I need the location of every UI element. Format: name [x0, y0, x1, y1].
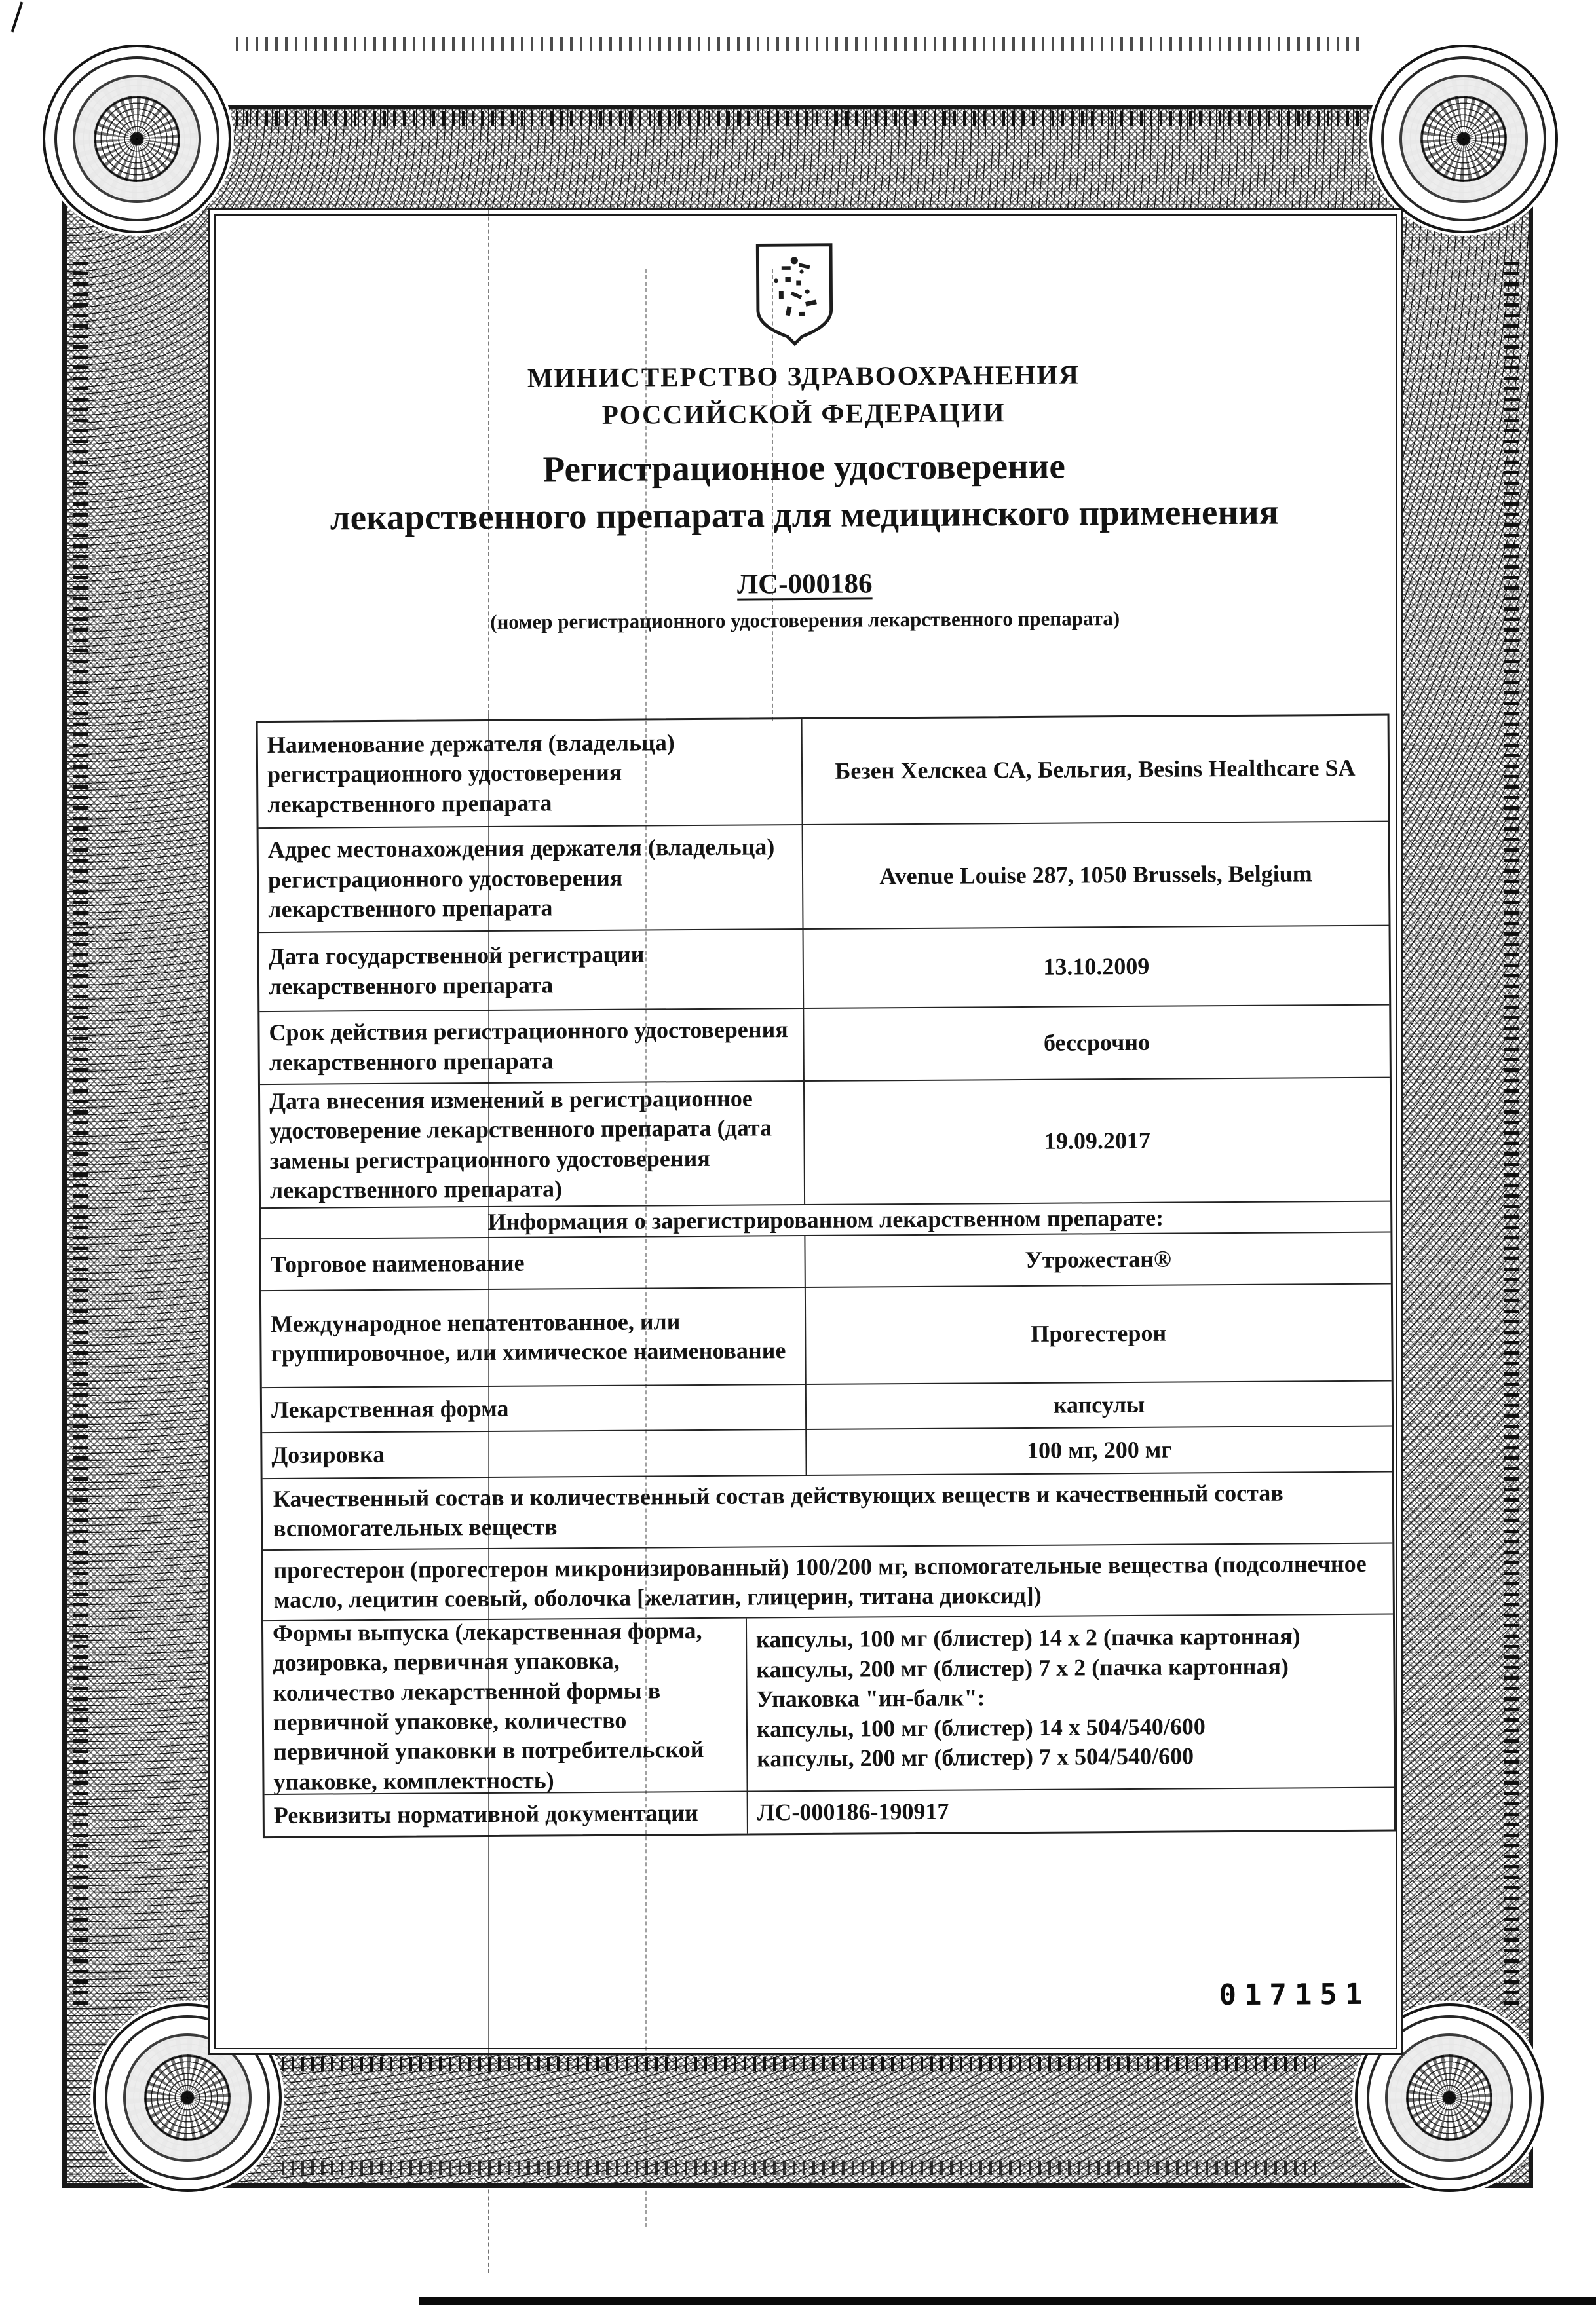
document-title-line2: лекарственного препарата для медицинског…	[214, 490, 1394, 540]
row-label: Реквизиты нормативной документации	[265, 1792, 748, 1837]
corner-rosette-top-left	[43, 45, 231, 233]
ruler-ticks-left	[73, 262, 88, 2005]
row-value: ЛС-000186-190917	[748, 1788, 1394, 1834]
row-label: Срок действия регистрационного удостовер…	[259, 1009, 805, 1084]
coat-of-arms-icon	[748, 240, 841, 347]
row-value: Безен Хелскеа СА, Бельгия, Besins Health…	[803, 716, 1388, 824]
row-label: Торговое наименование	[261, 1236, 805, 1290]
table-row: Дозировка 100 мг, 200 мг	[262, 1426, 1392, 1479]
scan-edge-strip	[419, 2297, 1596, 2305]
ruler-ticks-outer-top	[236, 37, 1363, 51]
row-value: Avenue Louise 287, 1050 Brussels, Belgiu…	[803, 822, 1389, 928]
table-row: Дата внесения изменений в регистрационно…	[260, 1077, 1390, 1208]
registration-number-caption: (номер регистрационного удостоверения ле…	[215, 605, 1396, 636]
registration-number: ЛС-000186	[214, 565, 1395, 604]
serial-number: 017151	[1219, 1978, 1370, 2012]
document-content: МИНИСТЕРСТВО ЗДРАВООХРАНЕНИЯ РОССИЙСКОЙ …	[212, 212, 1404, 2052]
row-value: 13.10.2009	[803, 926, 1389, 1008]
row-label: Дата внесения изменений в регистрационно…	[260, 1082, 805, 1207]
row-value: 19.09.2017	[805, 1078, 1390, 1204]
document-title-line1: Регистрационное удостоверение	[214, 443, 1394, 493]
table-row: Торговое наименование Утрожестан®	[261, 1232, 1390, 1291]
row-value: бессрочно	[804, 1006, 1390, 1080]
pen-mark	[11, 2, 24, 33]
release-form-line: Упаковка "ин-балк":	[756, 1684, 985, 1714]
table-row: Наименование держателя (владельца) регис…	[258, 716, 1388, 828]
table-row: Международное непатентованное, или групп…	[261, 1283, 1392, 1388]
composition-row: прогестерон (прогестерон микронизированн…	[263, 1542, 1393, 1620]
row-value: 100 мг, 200 мг	[807, 1427, 1392, 1475]
ruler-ticks-top	[236, 111, 1363, 126]
table-row: Дата государственной регистрации лекарст…	[259, 925, 1390, 1011]
certificate-sheet: МИНИСТЕРСТВО ЗДРАВООХРАНЕНИЯ РОССИЙСКОЙ …	[0, 0, 1596, 2306]
row-label: Лекарственная форма	[262, 1385, 807, 1432]
row-label: Формы выпуска (лекарственная форма, дози…	[263, 1619, 748, 1794]
release-form-line: капсулы, 100 мг (блистер) 14 х 2 (пачка …	[756, 1622, 1301, 1655]
ministry-name-line1: МИНИСТЕРСТВО ЗДРАВООХРАНЕНИЯ	[213, 355, 1394, 398]
table-row: Лекарственная форма капсулы	[262, 1380, 1392, 1433]
row-value: Утрожестан®	[805, 1233, 1391, 1287]
certificate-inner-area: МИНИСТЕРСТВО ЗДРАВООХРАНЕНИЯ РОССИЙСКОЙ …	[214, 214, 1397, 2049]
table-row: Реквизиты нормативной документации ЛС-00…	[265, 1787, 1394, 1837]
release-form-line: капсулы, 100 мг (блистер) 14 х 504/540/6…	[757, 1712, 1206, 1745]
release-form-line: капсулы, 200 мг (блистер) 7 х 504/540/60…	[757, 1741, 1194, 1773]
ministry-name-line2: РОССИЙСКОЙ ФЕДЕРАЦИИ	[214, 392, 1394, 436]
row-label: Дозировка	[262, 1430, 807, 1478]
table-section-header: Качественный состав и количественный сос…	[263, 1471, 1393, 1549]
table-row: Срок действия регистрационного удостовер…	[259, 1004, 1390, 1084]
corner-rosette-top-right	[1369, 45, 1558, 233]
row-label: Дата государственной регистрации лекарст…	[259, 930, 805, 1011]
release-form-line: капсулы, 200 мг (блистер) 7 х 2 (пачка к…	[756, 1652, 1289, 1684]
table-row: Адрес местонахождения держателя (владель…	[259, 821, 1389, 932]
row-label: Международное непатентованное, или групп…	[261, 1288, 807, 1387]
ruler-ticks-right	[1504, 262, 1519, 2005]
row-label: Наименование держателя (владельца) регис…	[258, 719, 803, 827]
row-label: Адрес местонахождения держателя (владель…	[259, 825, 804, 932]
table-row: Формы выпуска (лекарственная форма, дози…	[263, 1614, 1394, 1794]
ruler-ticks-bottom-outer	[282, 2161, 1317, 2175]
ruler-ticks-bottom-inner	[282, 2057, 1317, 2071]
row-value: капсулы, 100 мг (блистер) 14 х 2 (пачка …	[747, 1615, 1394, 1791]
row-value: капсулы	[807, 1382, 1392, 1429]
row-value: Прогестерон	[806, 1285, 1392, 1384]
registration-table: Наименование держателя (владельца) регис…	[256, 714, 1396, 1839]
